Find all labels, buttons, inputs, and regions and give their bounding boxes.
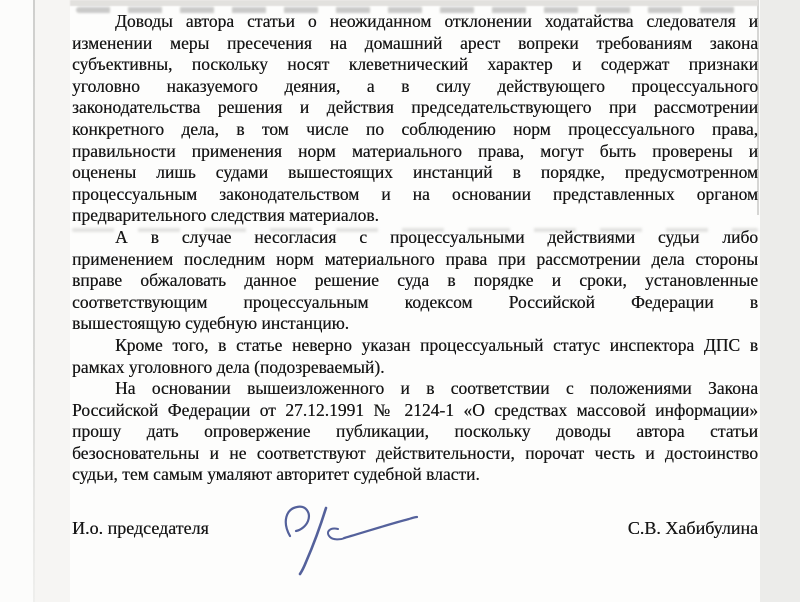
text-line: прошу дать опровержение публикации, поск… bbox=[72, 421, 758, 443]
signer-name: С.В. Хабибулина bbox=[628, 518, 758, 539]
paragraph: Кроме того, в статье неверно указан проц… bbox=[72, 335, 758, 378]
scan-left-margin bbox=[0, 0, 33, 602]
text-line: субъективны, поскольку носят клеветничес… bbox=[72, 54, 758, 76]
text-line: соответствующим процессуальным кодексом … bbox=[72, 292, 758, 314]
signer-title: И.о. председателя bbox=[72, 518, 209, 539]
paragraph: На основании вышеизложенного и в соответ… bbox=[72, 378, 758, 486]
document-body-text: Доводы автора статьи о неожиданном откло… bbox=[72, 11, 758, 486]
scan-right-margin bbox=[760, 0, 800, 602]
scan-left-inner-strip bbox=[35, 0, 70, 602]
text-line: Доводы автора статьи о неожиданном откло… bbox=[72, 11, 758, 33]
text-line: А в случае несогласия с процессуальными … bbox=[72, 227, 758, 249]
handwritten-signature-icon bbox=[252, 490, 427, 590]
text-line: изменении меры пресечения на домашний ар… bbox=[72, 33, 758, 55]
text-line: вышестоящую судебную инстанцию. bbox=[72, 313, 758, 335]
paragraph: А в случае несогласия с процессуальными … bbox=[72, 227, 758, 335]
paragraph: Доводы автора статьи о неожиданном откло… bbox=[72, 11, 758, 227]
text-line: правильности применения норм материально… bbox=[72, 141, 758, 163]
scan-top-smudge bbox=[70, 0, 758, 6]
text-line: оценены лишь судами вышестоящих инстанци… bbox=[72, 162, 758, 184]
scanned-document: Доводы автора статьи о неожиданном откло… bbox=[0, 0, 800, 602]
text-line: Российской Федерации от 27.12.1991 № 212… bbox=[72, 400, 758, 422]
text-line: безосновательны и не соответствуют дейст… bbox=[72, 443, 758, 465]
text-line: рамках уголовного дела (подозреваемый). bbox=[72, 357, 758, 379]
text-line: судьи, тем самым умаляют авторитет судеб… bbox=[72, 464, 758, 486]
text-line: законодательства решения и действия пред… bbox=[72, 97, 758, 119]
text-line: применением последним норм материального… bbox=[72, 249, 758, 271]
text-line: На основании вышеизложенного и в соответ… bbox=[72, 378, 758, 400]
text-line: процессуальным законодательством и на ос… bbox=[72, 184, 758, 206]
text-line: конкретного дела, в том числе по соблюде… bbox=[72, 119, 758, 141]
text-line: вправе обжаловать данное решение суда в … bbox=[72, 270, 758, 292]
text-line: уголовно наказуемого деяния, а в силу де… bbox=[72, 76, 758, 98]
text-line: Кроме того, в статье неверно указан проц… bbox=[72, 335, 758, 357]
text-line: предварительного следствия материалов. bbox=[72, 205, 758, 227]
